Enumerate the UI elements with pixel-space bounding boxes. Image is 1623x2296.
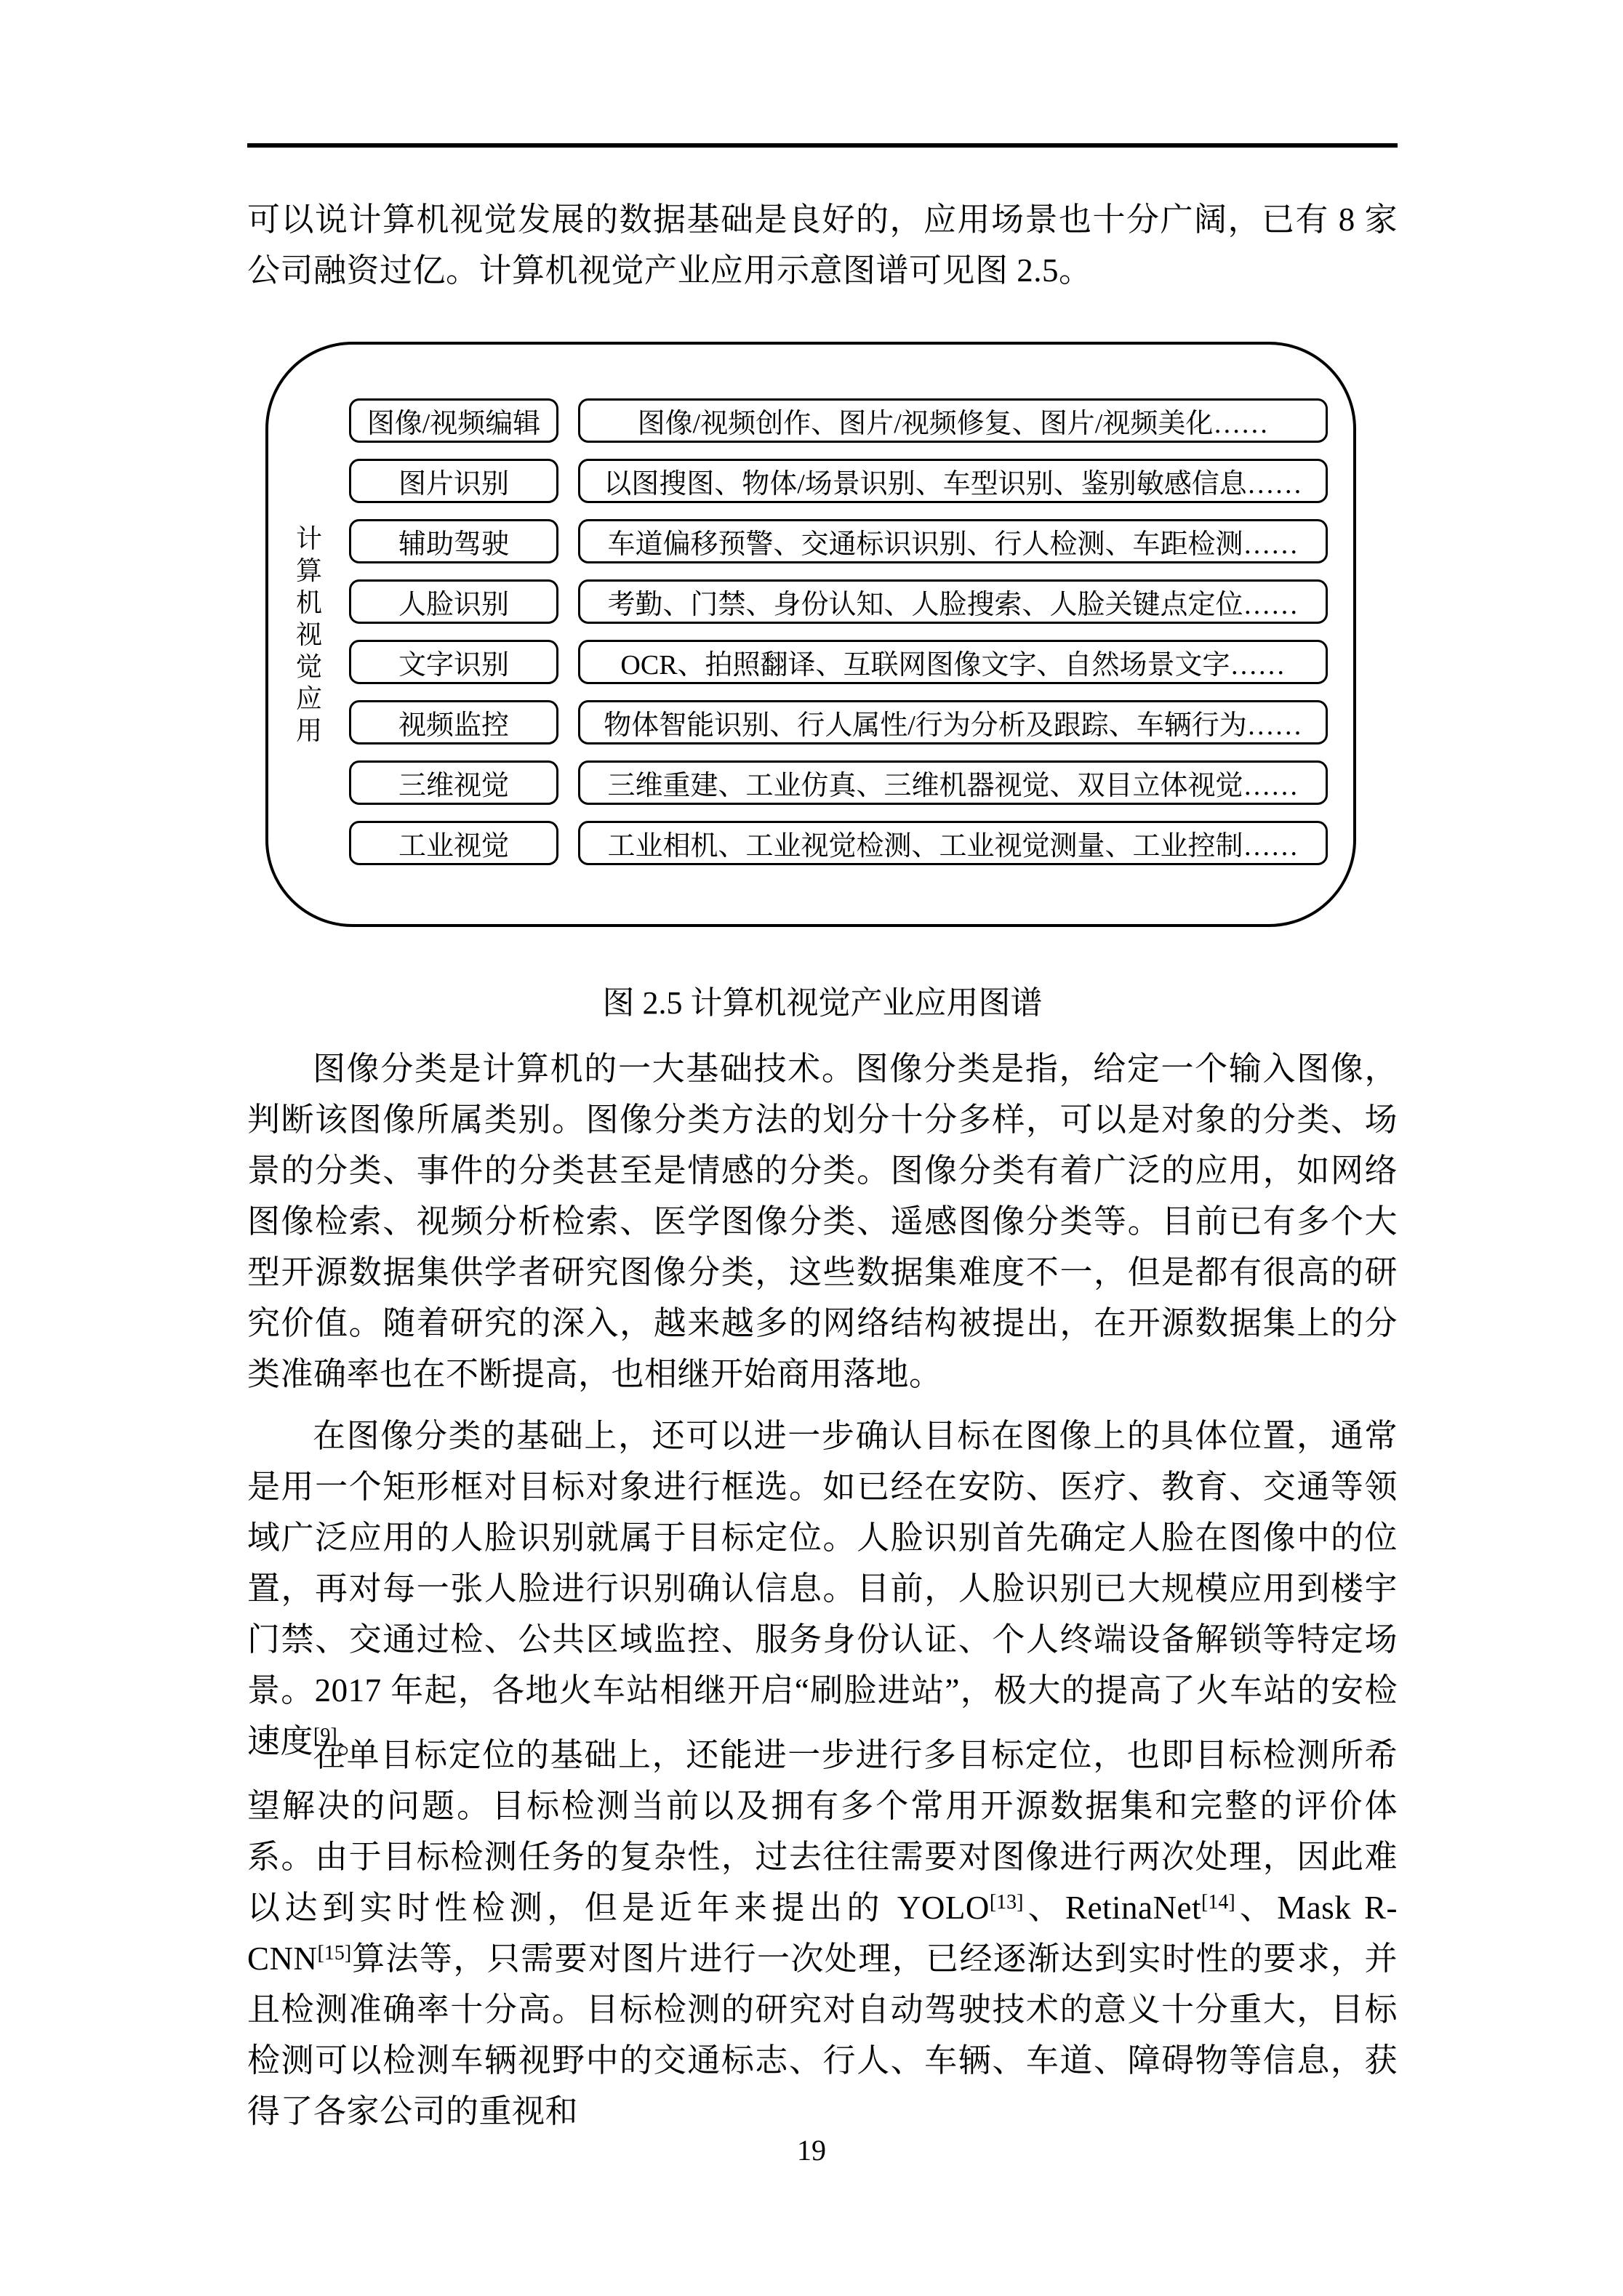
figure-row: 图片识别以图搜图、物体/场景识别、车型识别、鉴别敏感信息……	[349, 459, 1328, 503]
side-label-char: 计	[293, 523, 325, 555]
figure-category-box: 辅助驾驶	[349, 519, 558, 563]
figure-examples-box: OCR、拍照翻译、互联网图像文字、自然场景文字……	[578, 640, 1328, 684]
figure-examples-box: 三维重建、工业仿真、三维机器视觉、双目立体视觉……	[578, 760, 1328, 805]
citation-ref: [14]	[1201, 1891, 1235, 1914]
figure-examples-box: 考勤、门禁、身份认知、人脸搜索、人脸关键点定位……	[578, 579, 1328, 624]
page-number: 19	[0, 2132, 1623, 2169]
figure-row: 图像/视频编辑图像/视频创作、图片/视频修复、图片/视频美化……	[349, 398, 1328, 443]
figure-row: 文字识别OCR、拍照翻译、互联网图像文字、自然场景文字……	[349, 640, 1328, 684]
figure-category-box: 视频监控	[349, 700, 558, 744]
side-label-char: 应	[293, 683, 325, 715]
document-page: 可以说计算机视觉发展的数据基础是良好的，应用场景也十分广阔，已有 8 家公司融资…	[0, 0, 1623, 2296]
figure-category-box: 工业视觉	[349, 821, 558, 865]
figure-category-box: 三维视觉	[349, 760, 558, 805]
figure-examples-box: 图像/视频创作、图片/视频修复、图片/视频美化……	[578, 398, 1328, 443]
figure-category-box: 文字识别	[349, 640, 558, 684]
figure-examples-box: 物体智能识别、行人属性/行为分析及跟踪、车辆行为……	[578, 700, 1328, 744]
figure-row: 三维视觉三维重建、工业仿真、三维机器视觉、双目立体视觉……	[349, 760, 1328, 805]
figure-rows: 图像/视频编辑图像/视频创作、图片/视频修复、图片/视频美化……图片识别以图搜图…	[349, 398, 1328, 865]
header-rule	[247, 143, 1398, 148]
body-paragraph-image-classification: 图像分类是计算机的一大基础技术。图像分类是指，给定一个输入图像，判断该图像所属类…	[247, 1043, 1398, 1400]
side-label-char: 机	[293, 587, 325, 619]
citation-ref: [15]	[318, 1942, 352, 1964]
figure-examples-box: 工业相机、工业视觉检测、工业视觉测量、工业控制……	[578, 821, 1328, 865]
body-paragraph-object-detection: 在单目标定位的基础上，还能进一步进行多目标定位，也即目标检测所希望解决的问题。目…	[247, 1730, 1398, 2137]
figure-caption: 图 2.5 计算机视觉产业应用图谱	[247, 978, 1398, 1029]
figure-examples-box: 以图搜图、物体/场景识别、车型识别、鉴别敏感信息……	[578, 459, 1328, 503]
figure-side-label: 计算机视觉应用	[293, 523, 325, 747]
figure-category-box: 人脸识别	[349, 579, 558, 624]
side-label-char: 算	[293, 555, 325, 587]
figure-cv-applications-diagram: 计算机视觉应用 图像/视频编辑图像/视频创作、图片/视频修复、图片/视频美化………	[265, 342, 1356, 927]
figure-row: 人脸识别考勤、门禁、身份认知、人脸搜索、人脸关键点定位……	[349, 579, 1328, 624]
side-label-char: 用	[293, 715, 325, 747]
figure-category-box: 图像/视频编辑	[349, 398, 558, 443]
body-paragraph-target-localization: 在图像分类的基础上，还可以进一步确认目标在图像上的具体位置，通常是用一个矩形框对…	[247, 1410, 1398, 1767]
figure-row: 视频监控物体智能识别、行人属性/行为分析及跟踪、车辆行为……	[349, 700, 1328, 744]
figure-examples-box: 车道偏移预警、交通标识识别、行人检测、车距检测……	[578, 519, 1328, 563]
figure-row: 辅助驾驶车道偏移预警、交通标识识别、行人检测、车距检测……	[349, 519, 1328, 563]
citation-ref: [13]	[990, 1891, 1024, 1914]
figure-row: 工业视觉工业相机、工业视觉检测、工业视觉测量、工业控制……	[349, 821, 1328, 865]
body-paragraph-intro: 可以说计算机视觉发展的数据基础是良好的，应用场景也十分广阔，已有 8 家公司融资…	[247, 194, 1398, 296]
side-label-char: 视	[293, 619, 325, 651]
side-label-char: 觉	[293, 651, 325, 683]
figure-category-box: 图片识别	[349, 459, 558, 503]
